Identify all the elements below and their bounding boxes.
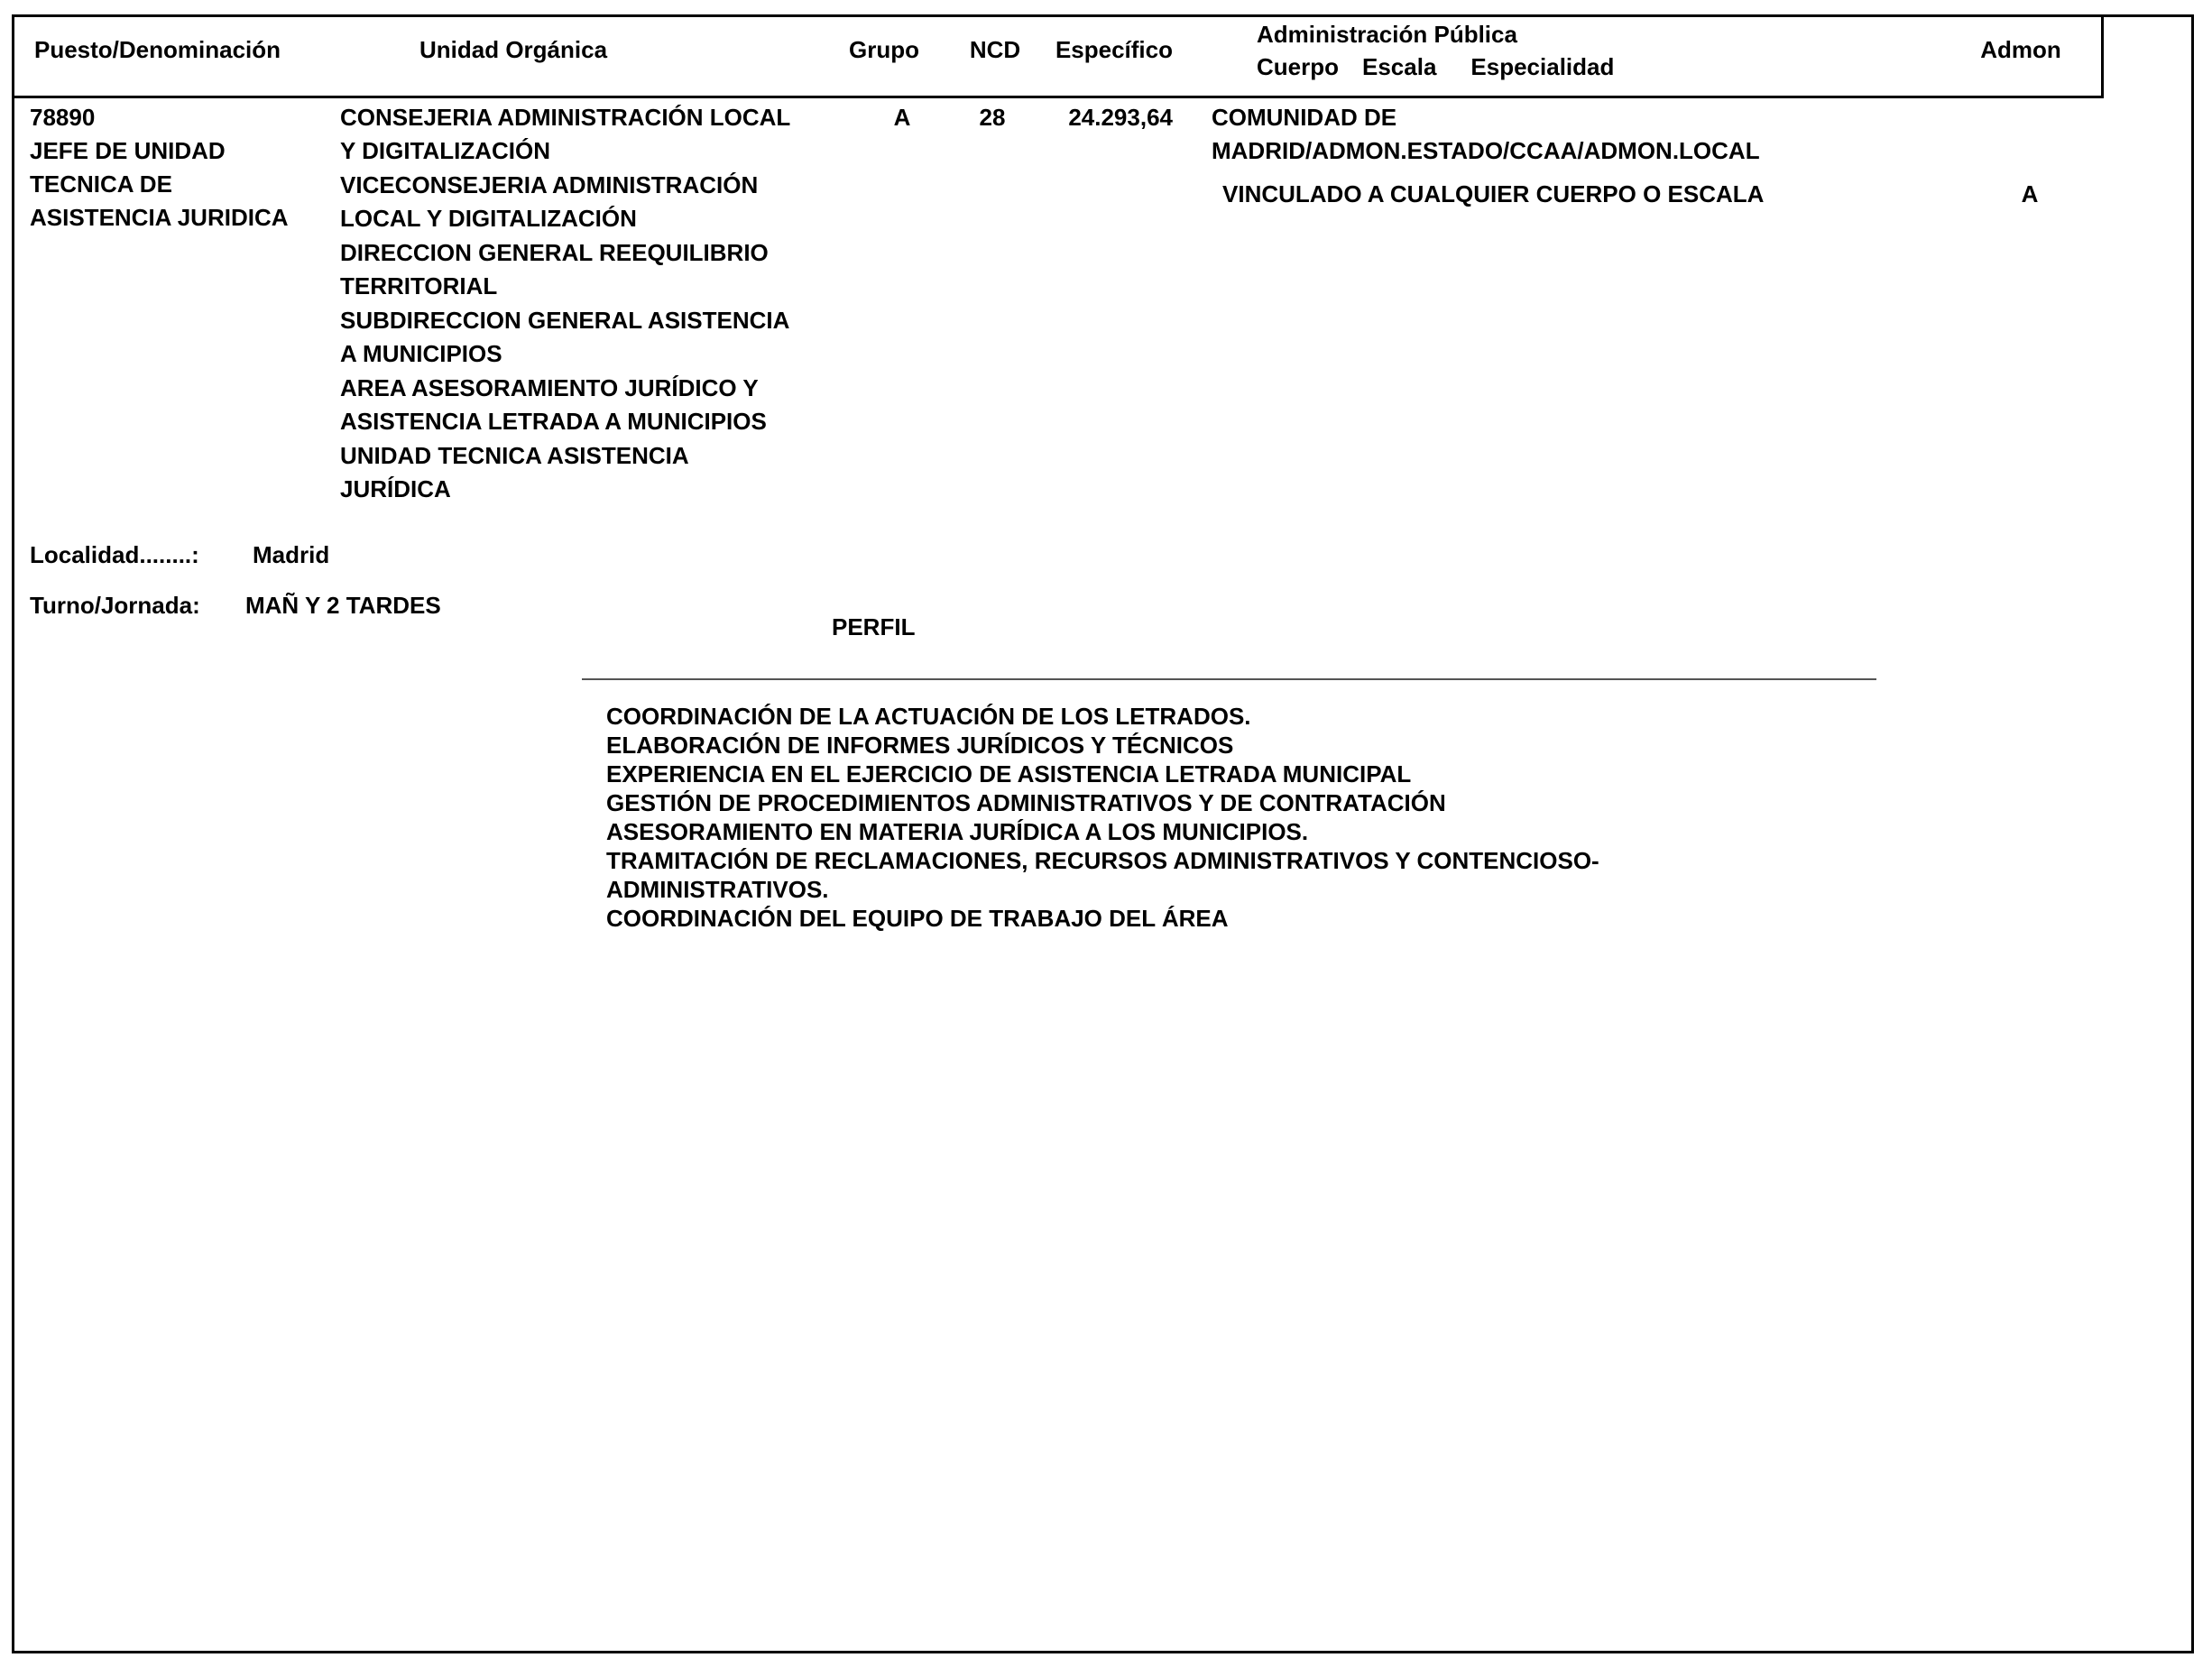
perfil-item: GESTIÓN DE PROCEDIMIENTOS ADMINISTRATIVO… — [606, 788, 1914, 817]
header-divider-line — [12, 96, 2104, 98]
turno-jornada-value: MAÑ Y 2 TARDES — [245, 592, 441, 619]
column-header-puesto-denominacion: Puesto/Denominación — [34, 36, 281, 63]
puesto-denominacion: JEFE DE UNIDAD TECNICA DE ASISTENCIA JUR… — [30, 134, 341, 235]
cuerpo-label: Cuerpo — [1257, 51, 1339, 83]
column-header-admon: Admon — [1967, 36, 2075, 63]
perfil-separator-line — [582, 678, 1876, 680]
column-header-unidad-organica: Unidad Orgánica — [419, 36, 607, 63]
cell-puesto-denominacion: 78890 JEFE DE UNIDAD TECNICA DE ASISTENC… — [30, 101, 341, 235]
unidad-organica-entry: VICECONSEJERIA ADMINISTRACIÓN LOCAL Y DI… — [340, 169, 881, 235]
column-header-grupo: Grupo — [839, 36, 929, 63]
document-page: { "colors": { "background": "#ffffff", "… — [0, 0, 2212, 1667]
unidad-organica-entry: DIRECCION GENERAL REEQUILIBRIO TERRITORI… — [340, 236, 881, 303]
puesto-codigo: 78890 — [30, 101, 341, 134]
perfil-item: COORDINACIÓN DE LA ACTUACIÓN DE LOS LETR… — [606, 702, 1914, 731]
cell-especifico: 24.293,64 — [1037, 101, 1173, 134]
cuerpo-escala-especialidad-labels: CuerpoEscalaEspecialidad — [1257, 51, 1614, 83]
column-header-ncd: NCD — [959, 36, 1031, 63]
unidad-organica-entry: CONSEJERIA ADMINISTRACIÓN LOCAL Y DIGITA… — [340, 101, 881, 168]
perfil-item: COORDINACIÓN DEL EQUIPO DE TRABAJO DEL Á… — [606, 904, 1914, 933]
administracion-publica-label: Administración Pública — [1257, 18, 1614, 51]
vinculacion-text: VINCULADO A CUALQUIER CUERPO O ESCALA — [1222, 178, 2034, 211]
turno-jornada-label: Turno/Jornada: — [30, 592, 200, 619]
header-right-vertical-line — [2101, 14, 2104, 98]
perfil-item: ELABORACIÓN DE INFORMES JURÍDICOS Y TÉCN… — [606, 731, 1914, 760]
perfil-item: EXPERIENCIA EN EL EJERCICIO DE ASISTENCI… — [606, 760, 1914, 788]
cell-unidad-organica: CONSEJERIA ADMINISTRACIÓN LOCAL Y DIGITA… — [340, 101, 881, 507]
perfil-item: ASESORAMIENTO EN MATERIA JURÍDICA A LOS … — [606, 817, 1914, 846]
perfil-title: PERFIL — [832, 613, 915, 640]
column-header-especifico: Específico — [1046, 36, 1173, 63]
especialidad-label: Especialidad — [1470, 51, 1614, 83]
unidad-organica-entry: SUBDIRECCION GENERAL ASISTENCIA A MUNICI… — [340, 304, 881, 371]
cell-administracion-publica: COMUNIDAD DE MADRID/ADMON.ESTADO/CCAA/AD… — [1212, 101, 2105, 168]
escala-label: Escala — [1362, 51, 1436, 83]
cell-admon: A — [1994, 178, 2066, 211]
localidad-value: Madrid — [253, 541, 329, 568]
cell-grupo: A — [866, 101, 938, 134]
column-header-administracion-publica: Administración Pública CuerpoEscalaEspec… — [1257, 18, 1614, 83]
localidad-label: Localidad........: — [30, 541, 199, 568]
cell-ncd: 28 — [952, 101, 1033, 134]
perfil-item: TRAMITACIÓN DE RECLAMACIONES, RECURSOS A… — [606, 846, 1914, 904]
unidad-organica-entry: AREA ASESORAMIENTO JURÍDICO Y ASISTENCIA… — [340, 372, 881, 438]
perfil-items-list: COORDINACIÓN DE LA ACTUACIÓN DE LOS LETR… — [606, 702, 1914, 933]
unidad-organica-entry: UNIDAD TECNICA ASISTENCIA JURÍDICA — [340, 439, 881, 506]
